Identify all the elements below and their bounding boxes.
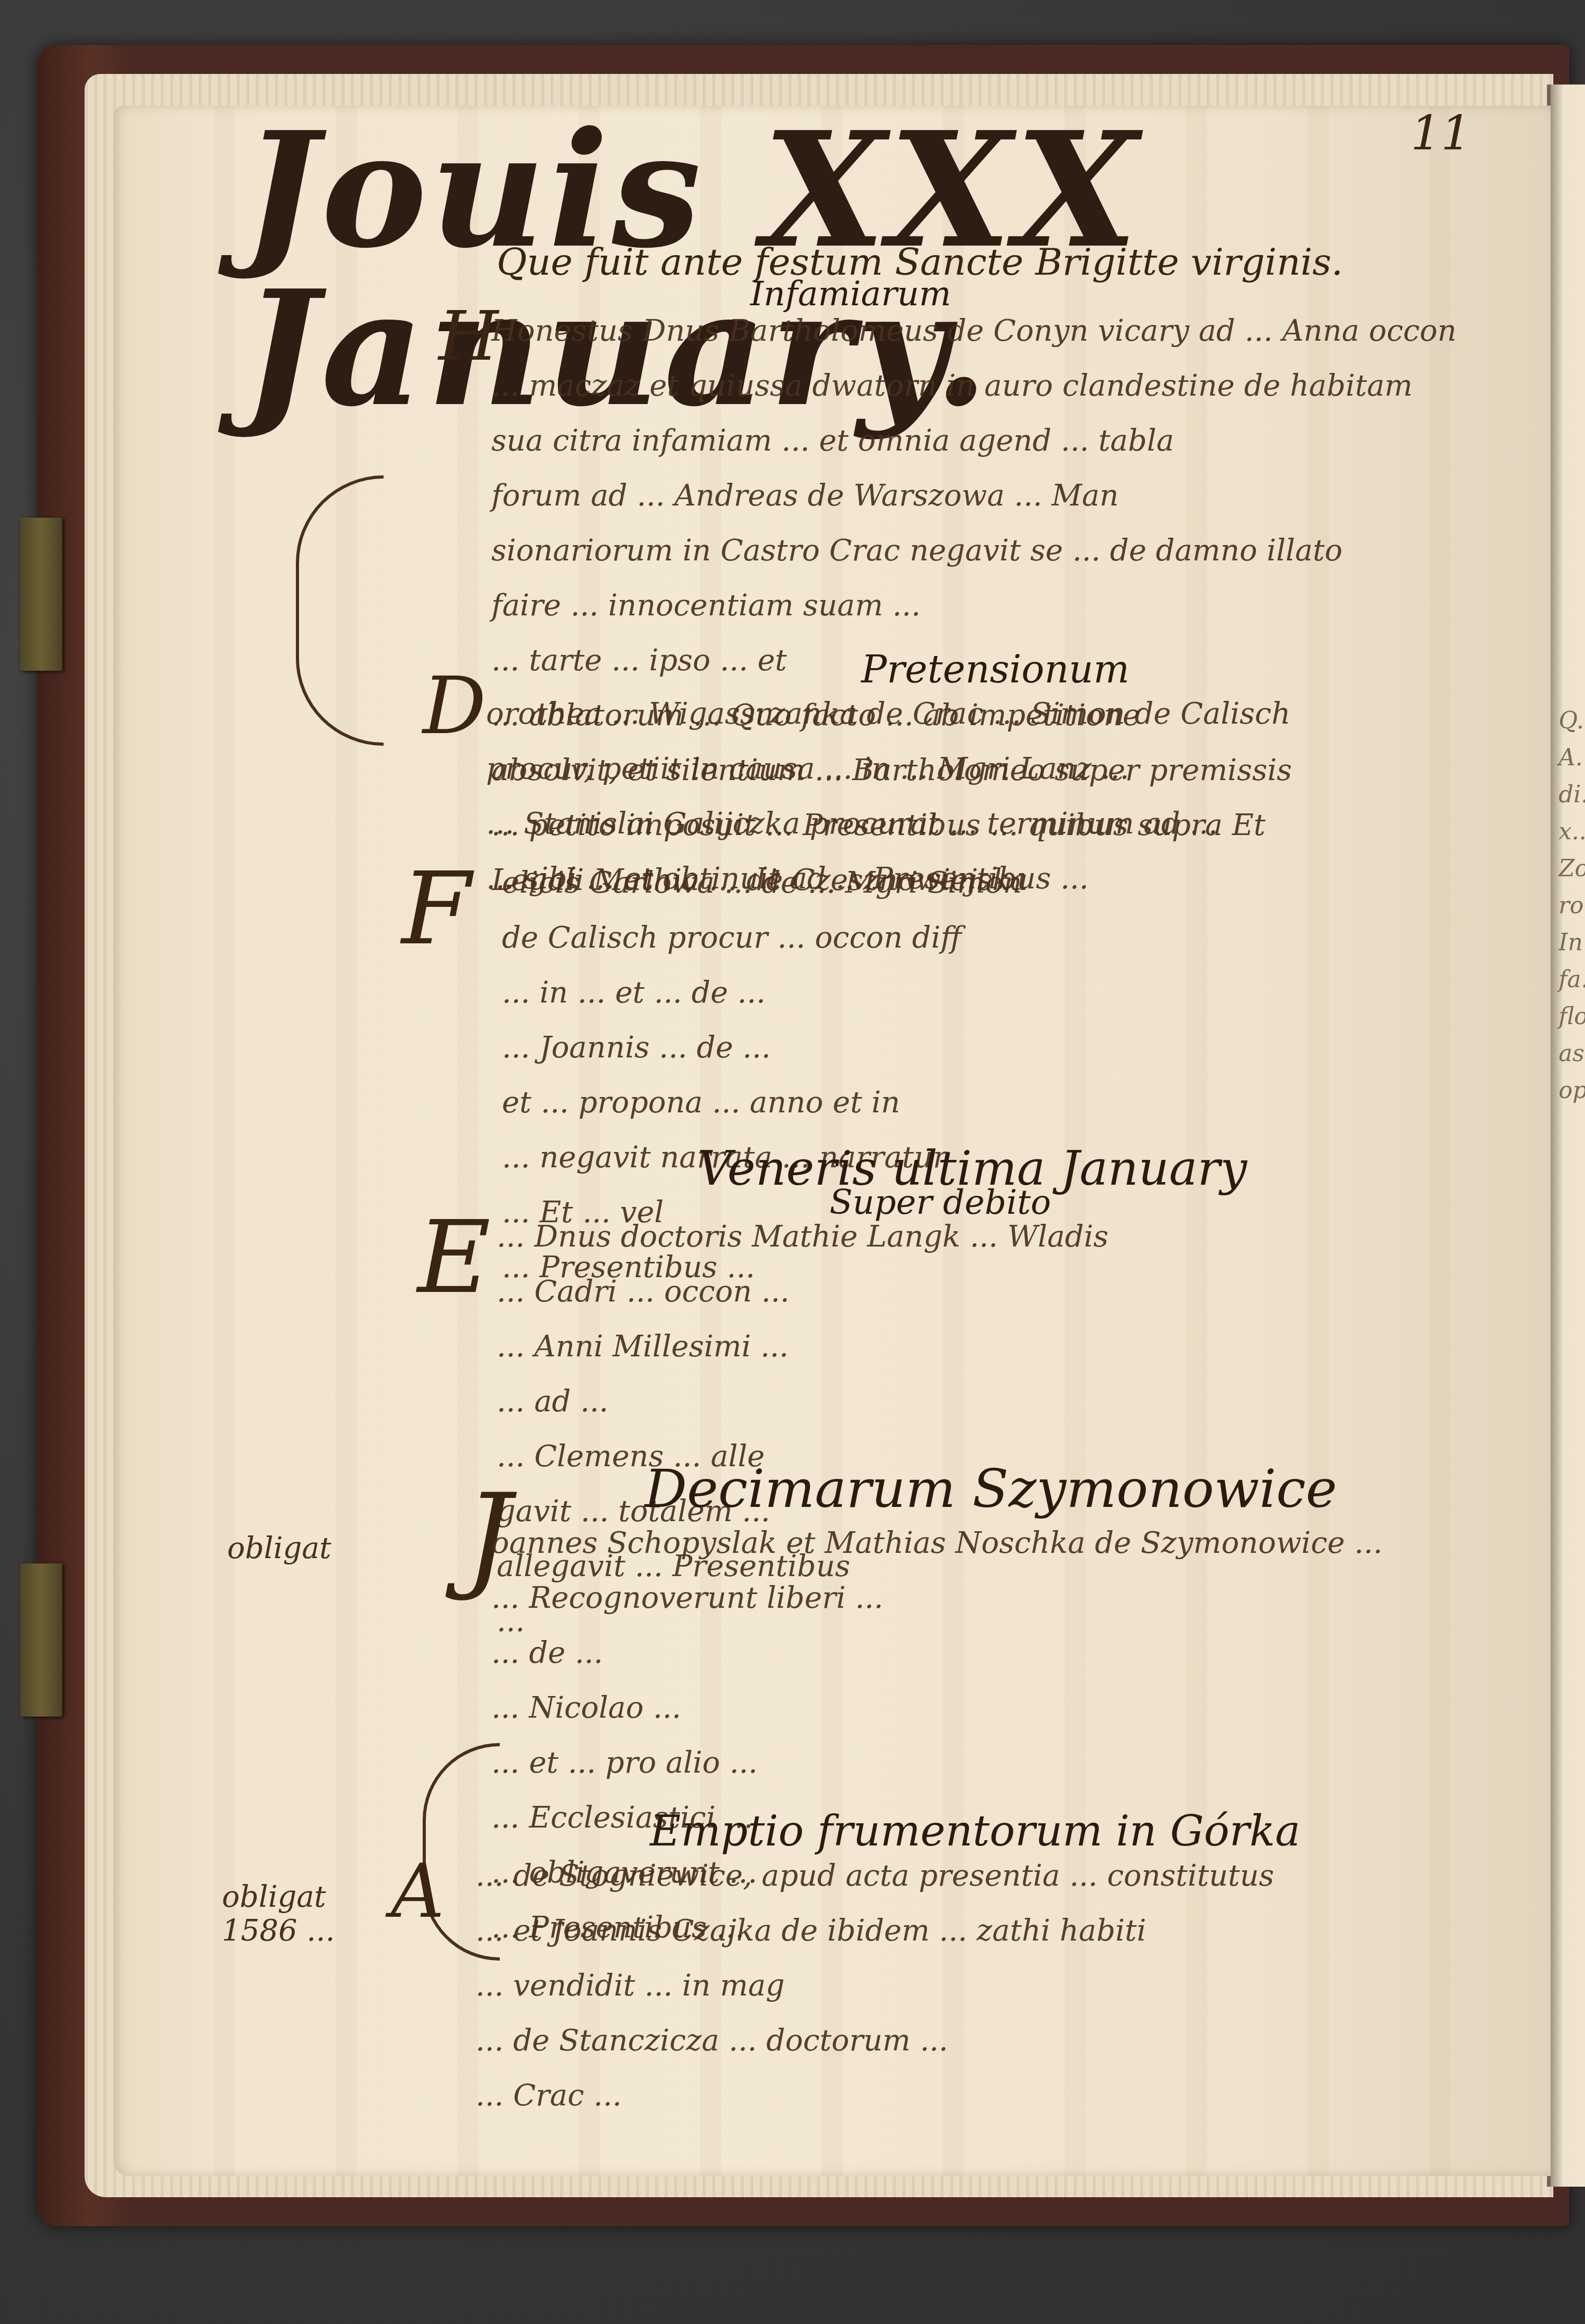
- entry-initial: H: [439, 296, 498, 376]
- entry-initial: F: [402, 850, 471, 967]
- entry-heading: Pretensionum: [861, 647, 1130, 691]
- entry-text: ... de Stogniewice, apud acta presentia …: [475, 1849, 1474, 2123]
- brass-clasp-upper: [20, 518, 62, 671]
- entry-initial: E: [417, 1199, 491, 1316]
- entry-initial: D: [423, 660, 486, 752]
- facing-page-text: Q... A... di... x... Zo... ro... In... f…: [1559, 702, 1585, 1109]
- brass-clasp-lower: [20, 1563, 62, 1717]
- margin-note: obligat: [227, 1532, 331, 1566]
- margin-note: obligat 1586 ...: [222, 1880, 335, 1948]
- entry-initial: A: [391, 1849, 444, 1935]
- entry-heading: Decimarum Szymonowice: [645, 1458, 1337, 1520]
